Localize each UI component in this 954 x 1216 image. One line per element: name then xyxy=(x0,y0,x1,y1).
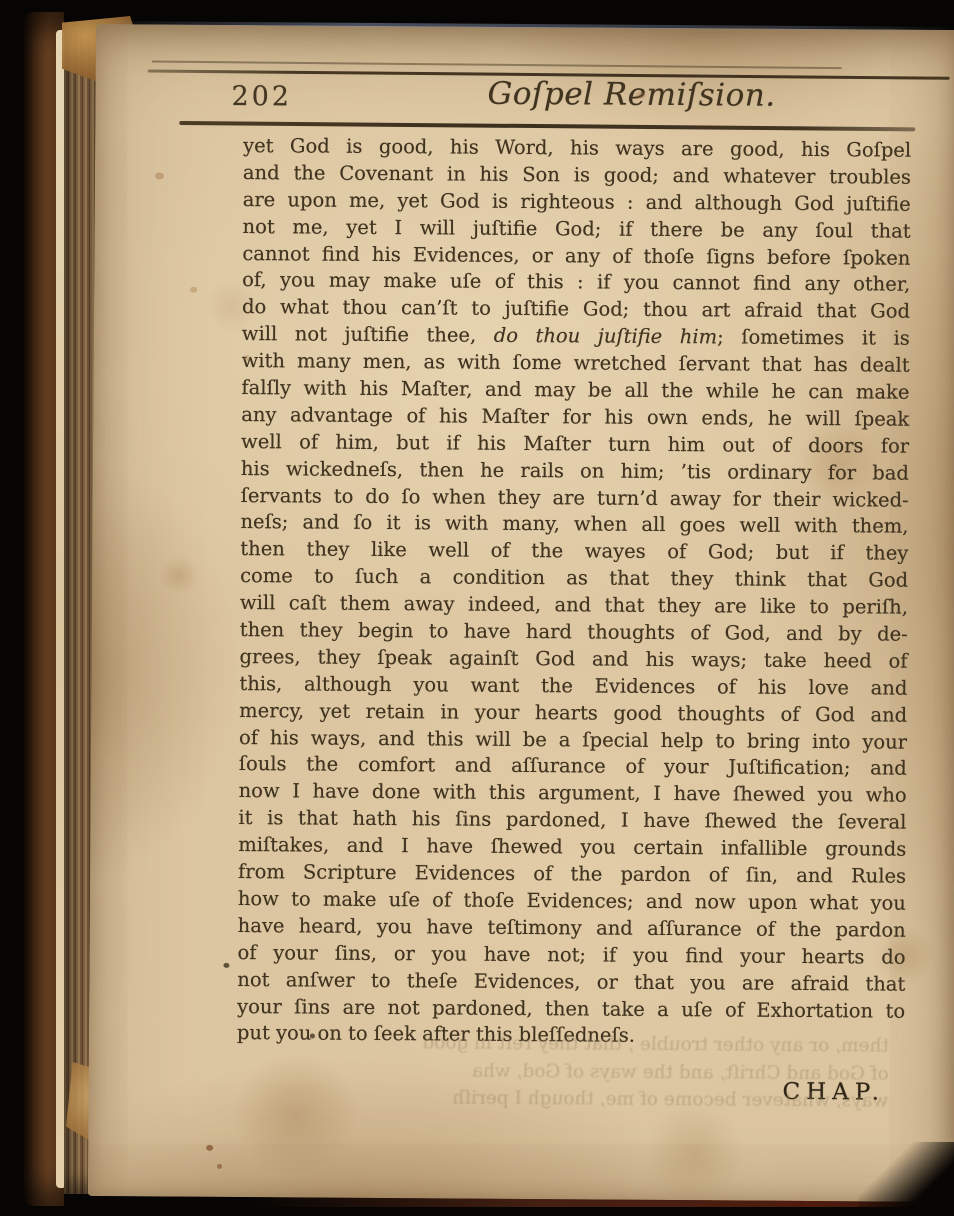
header-separator-rule xyxy=(179,121,915,131)
running-title: Goſpel Remiſsion. xyxy=(487,76,775,114)
page-top-edge-highlight xyxy=(96,21,954,31)
book-page: 202 Goſpel Remiſsion. yet God is good, h… xyxy=(88,24,954,1202)
text-line: are upon me, yet God is righteous : and … xyxy=(243,187,911,219)
text-line: this, although you want the Evidences of… xyxy=(239,671,907,703)
bleed-through-line: them, or any other trouble , that they r… xyxy=(394,1029,889,1060)
text-line: well of him, but if his Maſter turn him … xyxy=(241,429,909,461)
stain-spot xyxy=(244,355,250,361)
bleed-through-text: them, or any other trouble , that they r… xyxy=(393,1029,889,1115)
text-segment: ; ſometimes it is xyxy=(717,326,910,350)
stain-spot xyxy=(206,1145,213,1151)
stain-spot xyxy=(190,287,197,293)
ink-speck xyxy=(310,1034,315,1039)
italic-phrase: do thou juſtifie him xyxy=(494,324,718,349)
text-segment: will not juſtifie thee, xyxy=(242,322,494,347)
headpiece-rule-upper xyxy=(152,60,842,69)
text-line: his wickedneſs, then he rails on him; ’t… xyxy=(241,456,909,488)
text-line: mercy, yet retain in your hearts good th… xyxy=(239,698,907,730)
text-line: have heard, you have teſtimony and aſſur… xyxy=(238,913,906,945)
photo-background: 202 Goſpel Remiſsion. yet God is good, h… xyxy=(0,0,954,1216)
body-text: yet God is good, his Word, his ways are … xyxy=(237,133,911,1052)
page-corner-shadow xyxy=(858,1141,954,1212)
stain-spot xyxy=(635,92,645,99)
text-line: not me, yet I will juſtifie God; if ther… xyxy=(242,214,910,246)
page-number: 202 xyxy=(231,81,292,112)
ink-speck xyxy=(223,963,229,968)
stain-spot xyxy=(155,172,164,179)
bleed-through-line: of God and Chriſt, and the ways of God, … xyxy=(394,1057,889,1088)
bleed-through-line: ways, whatever become of me, though I pe… xyxy=(393,1084,888,1115)
stain-spot xyxy=(217,1164,222,1169)
text-line: not anſwer to theſe Evidences, or that y… xyxy=(237,967,905,999)
text-line: of your ſins, or you have not; if you fi… xyxy=(237,940,905,972)
